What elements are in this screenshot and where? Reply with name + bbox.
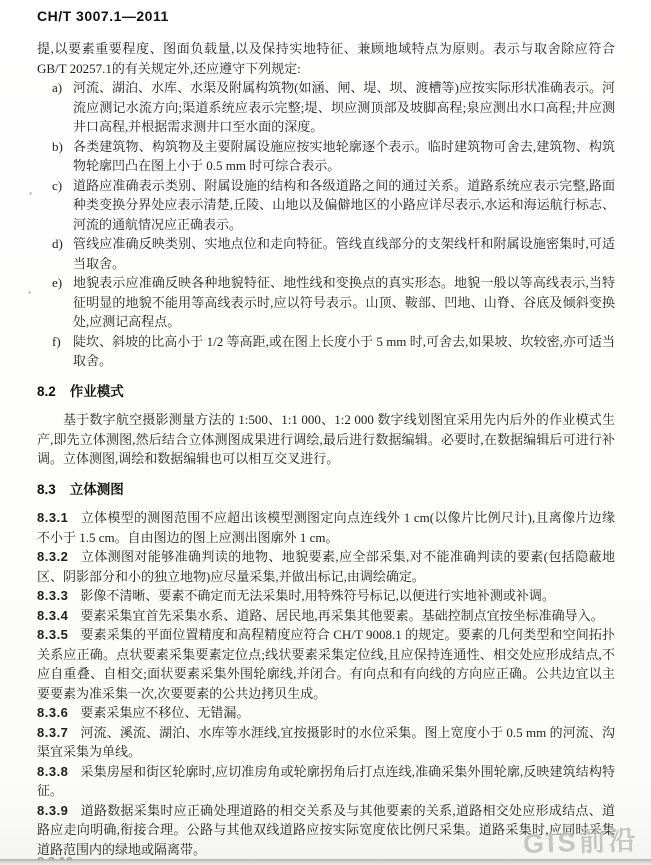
list-item-text: 各类建筑物、构筑物及主要附属设施应按实地轮廓逐个表示。临时建筑物可舍去,建筑物、…: [73, 139, 615, 174]
clause-number: 8.3.2: [37, 549, 68, 564]
clause-number: 8.3.8: [37, 764, 68, 779]
clause-number: 8.3.9: [37, 803, 68, 818]
list-item-label: b): [52, 137, 63, 157]
list-item-c: c) 道路应准确表示类别、附属设施的结构和各级道路之间的通过关系。道路系统应表示…: [37, 176, 615, 235]
clause-number: 8.3.3: [37, 588, 68, 603]
section-title: 作业模式: [70, 384, 124, 399]
clause-8-3-2: 8.3.2立体测图对能够准确判读的地物、地貌要素,应全部采集,对不能准确判读的要…: [37, 547, 615, 586]
clause-number: 8.3.1: [37, 510, 68, 525]
intro-paragraph: 提,以要素重要程度、图面负载量,以及保持实地特征、兼顾地域特点为原则。表示与取舍…: [37, 39, 615, 78]
list-item-label: d): [52, 234, 63, 254]
clause-number: 8.3.5: [37, 627, 68, 642]
clause-8-3-5: 8.3.5要素采集的平面位置精度和高程精度应符合 CH/T 9008.1 的规定…: [37, 625, 615, 703]
clause-8-3-1: 8.3.1立体模型的测图范围不应超出该模型测图定向点连线外 1 cm(以像片比例…: [37, 508, 615, 547]
section-number: 8.2: [37, 384, 56, 399]
list-item-label: c): [52, 176, 62, 196]
clause-text: 要素采集应不移位、无错漏。: [80, 705, 249, 720]
section-number: 8.3: [37, 482, 56, 497]
section-heading-8-3: 8.3立体测图: [37, 480, 615, 500]
list-item-label: f): [52, 332, 61, 352]
list-item-b: b) 各类建筑物、构筑物及主要附属设施应按实地轮廓逐个表示。临时建筑物可舍去,建…: [37, 137, 615, 176]
clause-number: 8.3.7: [37, 725, 68, 740]
list-item-text: 道路应准确表示类别、附属设施的结构和各级道路之间的通过关系。道路系统应表示完整,…: [73, 178, 615, 232]
clause-number: 8.3.4: [37, 608, 68, 623]
list-item-text: 陡坎、斜坡的比高小于 1/2 等高距,或在图上长度小于 5 mm 时,可舍去,如…: [73, 334, 615, 369]
list-item-e: e) 地貌表示应准确反映各种地貌特征、地性线和变换点的真实形态。地貌一般以等高线…: [37, 273, 615, 332]
clause-number: 8.3.6: [37, 705, 68, 720]
list-item-text: 管线应准确反映类别、实地点位和走向特征。管线直线部分的支架线杆和附属设施密集时,…: [73, 236, 615, 271]
section-heading-8-2: 8.2作业模式: [37, 382, 615, 402]
list-item-label: e): [52, 273, 62, 293]
clause-8-3-7: 8.3.7河流、溪流、湖泊、水库等水涯线,宜按摄影时的水位采集。图上宽度小于 0…: [37, 723, 615, 762]
list-item-text: 河流、湖泊、水库、水渠及附属构筑物(如涵、闸、堤、坝、渡槽等)应按实际形状准确表…: [73, 80, 615, 134]
list-item-text: 地貌表示应准确反映各种地貌特征、地性线和变换点的真实形态。地貌一般以等高线表示,…: [73, 275, 615, 329]
clause-text: 采集房屋和街区轮廓时,应切准房角或轮廓拐角后打点连线,准确采集外围轮廓,反映建筑…: [37, 764, 615, 799]
clause-8-3-4: 8.3.4要素采集宜首先采集水系、道路、居民地,再采集其他要素。基础控制点宜按坐…: [37, 606, 615, 626]
clause-text: 立体测图对能够准确判读的地物、地貌要素,应全部采集,对不能准确判读的要素(包括隐…: [37, 549, 615, 584]
section-8-2-paragraph: 基于数字航空摄影测量方法的 1:500、1:1 000、1:2 000 数字线划…: [37, 410, 615, 469]
clause-text: 河流、溪流、湖泊、水库等水涯线,宜按摄影时的水位采集。图上宽度小于 0.5 mm…: [37, 725, 615, 760]
standard-number-header: CH/T 3007.1—2011: [37, 8, 615, 24]
clause-8-3-3: 8.3.3影像不清晰、要素不确定而无法采集时,用特殊符号标记,以便进行实地补测或…: [37, 586, 615, 606]
scan-speck: [28, 291, 31, 294]
list-item-d: d) 管线应准确反映类别、实地点位和走向特征。管线直线部分的支架线杆和附属设施密…: [37, 234, 615, 273]
page-content: CH/T 3007.1—2011 提,以要素重要程度、图面负载量,以及保持实地特…: [37, 8, 615, 859]
clause-8-3-8: 8.3.8采集房屋和街区轮廓时,应切准房角或轮廓拐角后打点连线,准确采集外围轮廓…: [37, 762, 615, 801]
document-body: 提,以要素重要程度、图面负载量,以及保持实地特征、兼顾地域特点为原则。表示与取舍…: [37, 39, 615, 859]
clause-text: 立体模型的测图范围不应超出该模型测图定向点连线外 1 cm(以像片比例尺计),且…: [37, 510, 615, 545]
gis-frontier-watermark: GIS前沿: [523, 818, 640, 861]
list-item-a: a) 河流、湖泊、水库、水渠及附属构筑物(如涵、闸、堤、坝、渡槽等)应按实际形状…: [37, 78, 615, 137]
scan-speck: [29, 192, 32, 195]
clause-text: 影像不清晰、要素不确定而无法采集时,用特殊符号标记,以便进行实地补测或补调。: [80, 588, 555, 603]
clause-8-3-6: 8.3.6要素采集应不移位、无错漏。: [37, 703, 615, 723]
clause-text: 要素采集宜首先采集水系、道路、居民地,再采集其他要素。基础控制点宜按坐标准确导入…: [80, 608, 603, 623]
section-title: 立体测图: [70, 482, 124, 497]
list-item-label: a): [52, 78, 62, 98]
list-item-f: f) 陡坎、斜坡的比高小于 1/2 等高距,或在图上长度小于 5 mm 时,可舍…: [37, 332, 615, 371]
clause-text: 要素采集的平面位置精度和高程精度应符合 CH/T 9008.1 的规定。要素的几…: [37, 627, 615, 701]
page-bottom-edge: [0, 859, 651, 865]
scanned-document-page: CH/T 3007.1—2011 提,以要素重要程度、图面负载量,以及保持实地特…: [0, 0, 651, 865]
